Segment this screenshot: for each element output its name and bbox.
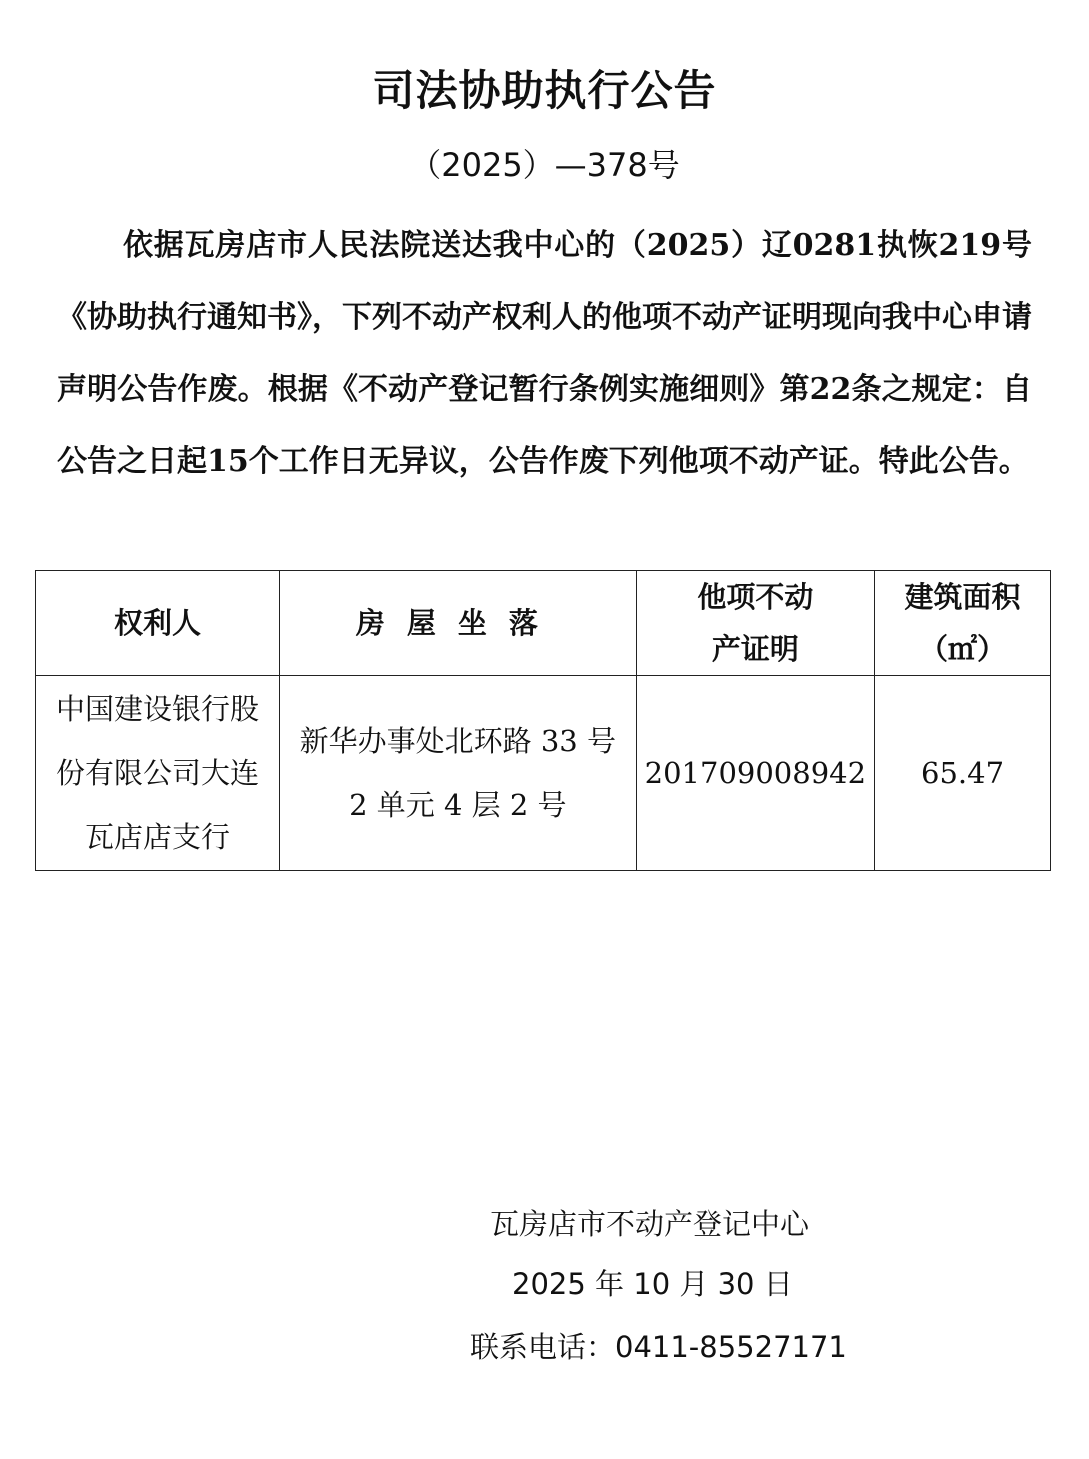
header-holder: 权利人	[36, 571, 280, 676]
document-number: （2025）—378号	[0, 140, 1089, 186]
contact-phone: 联系电话：0411-85527171	[470, 1325, 847, 1366]
header-location: 房屋坐落	[280, 571, 637, 676]
certificate-table: 权利人 房屋坐落 他项不动 产证明 建筑面积 （㎡） 中国建设银行股 份有限公司…	[35, 570, 1051, 871]
table-row: 中国建设银行股 份有限公司大连 瓦店店支行 新华办事处北环路 33 号 2 单元…	[36, 676, 1051, 871]
cell-location: 新华办事处北环路 33 号 2 单元 4 层 2 号	[280, 676, 637, 871]
issue-date: 2025 年 10 月 30 日	[512, 1262, 793, 1303]
cell-certificate: 201709008942	[636, 676, 874, 871]
header-area: 建筑面积 （㎡）	[875, 571, 1051, 676]
issuing-organization: 瓦房店市不动产登记中心	[490, 1202, 809, 1243]
cell-holder: 中国建设银行股 份有限公司大连 瓦店店支行	[36, 676, 280, 871]
header-certificate: 他项不动 产证明	[636, 571, 874, 676]
notice-body: 依据瓦房店市人民法院送达我中心的（2025）辽0281执恢219号《协助执行通知…	[57, 210, 1032, 498]
cell-area: 65.47	[875, 676, 1051, 871]
notice-title: 司法协助执行公告	[0, 58, 1089, 118]
table-header-row: 权利人 房屋坐落 他项不动 产证明 建筑面积 （㎡）	[36, 571, 1051, 676]
